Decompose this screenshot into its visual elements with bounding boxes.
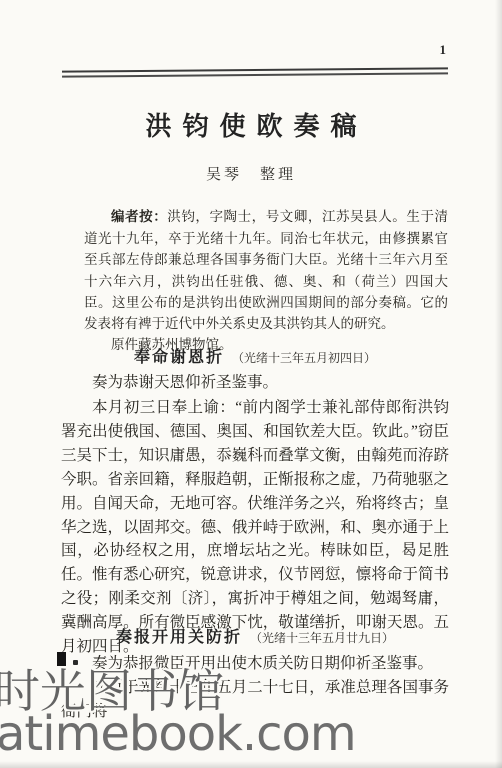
memorial-title-2: 奏报开用关防折	[116, 627, 242, 646]
memorial-date-1: （光绪十三年五月初四日）	[232, 351, 376, 365]
document-title: 洪钧使欧奏稿	[0, 106, 502, 143]
memorial-1-opening: 奏为恭谢天恩仰祈圣鉴事。	[61, 371, 449, 395]
editor-note: 编者按：洪钧，字陶士，号文卿，江苏吴县人。生于清道光十九年，卒于光绪十九年。同治…	[84, 206, 448, 355]
memorial-heading-1: 奉命谢恩折（光绪十三年五月初四日）	[61, 344, 449, 367]
editor-note-label: 编者按：	[111, 209, 167, 225]
watermark-url-text: atimebook.com	[0, 706, 356, 762]
memorial-paragraph: 奏为恭谢天恩仰祈圣鉴事。	[61, 371, 449, 395]
page-edge-right-shadow	[495, 0, 502, 768]
header-rule-bottom-line	[62, 72, 448, 77]
editor-note-text: 洪钧，字陶士，号文卿，江苏吴县人。生于清道光十九年，卒于光绪十九年。同治七年状元…	[84, 209, 448, 331]
memorial-title-1: 奉命谢恩折	[134, 347, 224, 366]
byline: 吴琴 整理	[0, 163, 502, 184]
memorial-1-body: 本月初三日奉上谕：“前内阁学士兼礼部侍郎衔洪钧署充出使俄国、德国、奥国、和国钦差…	[61, 396, 449, 659]
memorial-paragraph: 本月初三日奉上谕：“前内阁学士兼礼部侍郎衔洪钧署充出使俄国、德国、奥国、和国钦差…	[61, 396, 449, 659]
book-page: 1 洪钧使欧奏稿 吴琴 整理 编者按：洪钧，字陶士，号文卿，江苏吴县人。生于清道…	[0, 0, 502, 768]
editor-note-paragraph: 编者按：洪钧，字陶士，号文卿，江苏吴县人。生于清道光十九年，卒于光绪十九年。同治…	[84, 206, 448, 334]
memorial-heading-2: 奏报开用关防折（光绪十三年五月廿九日）	[61, 624, 449, 647]
page-edge-bottom-shadow	[0, 761, 502, 768]
memorial-date-2: （光绪十三年五月廿九日）	[250, 631, 394, 645]
page-number: 1	[440, 42, 447, 58]
header-rule-divider	[62, 67, 448, 77]
